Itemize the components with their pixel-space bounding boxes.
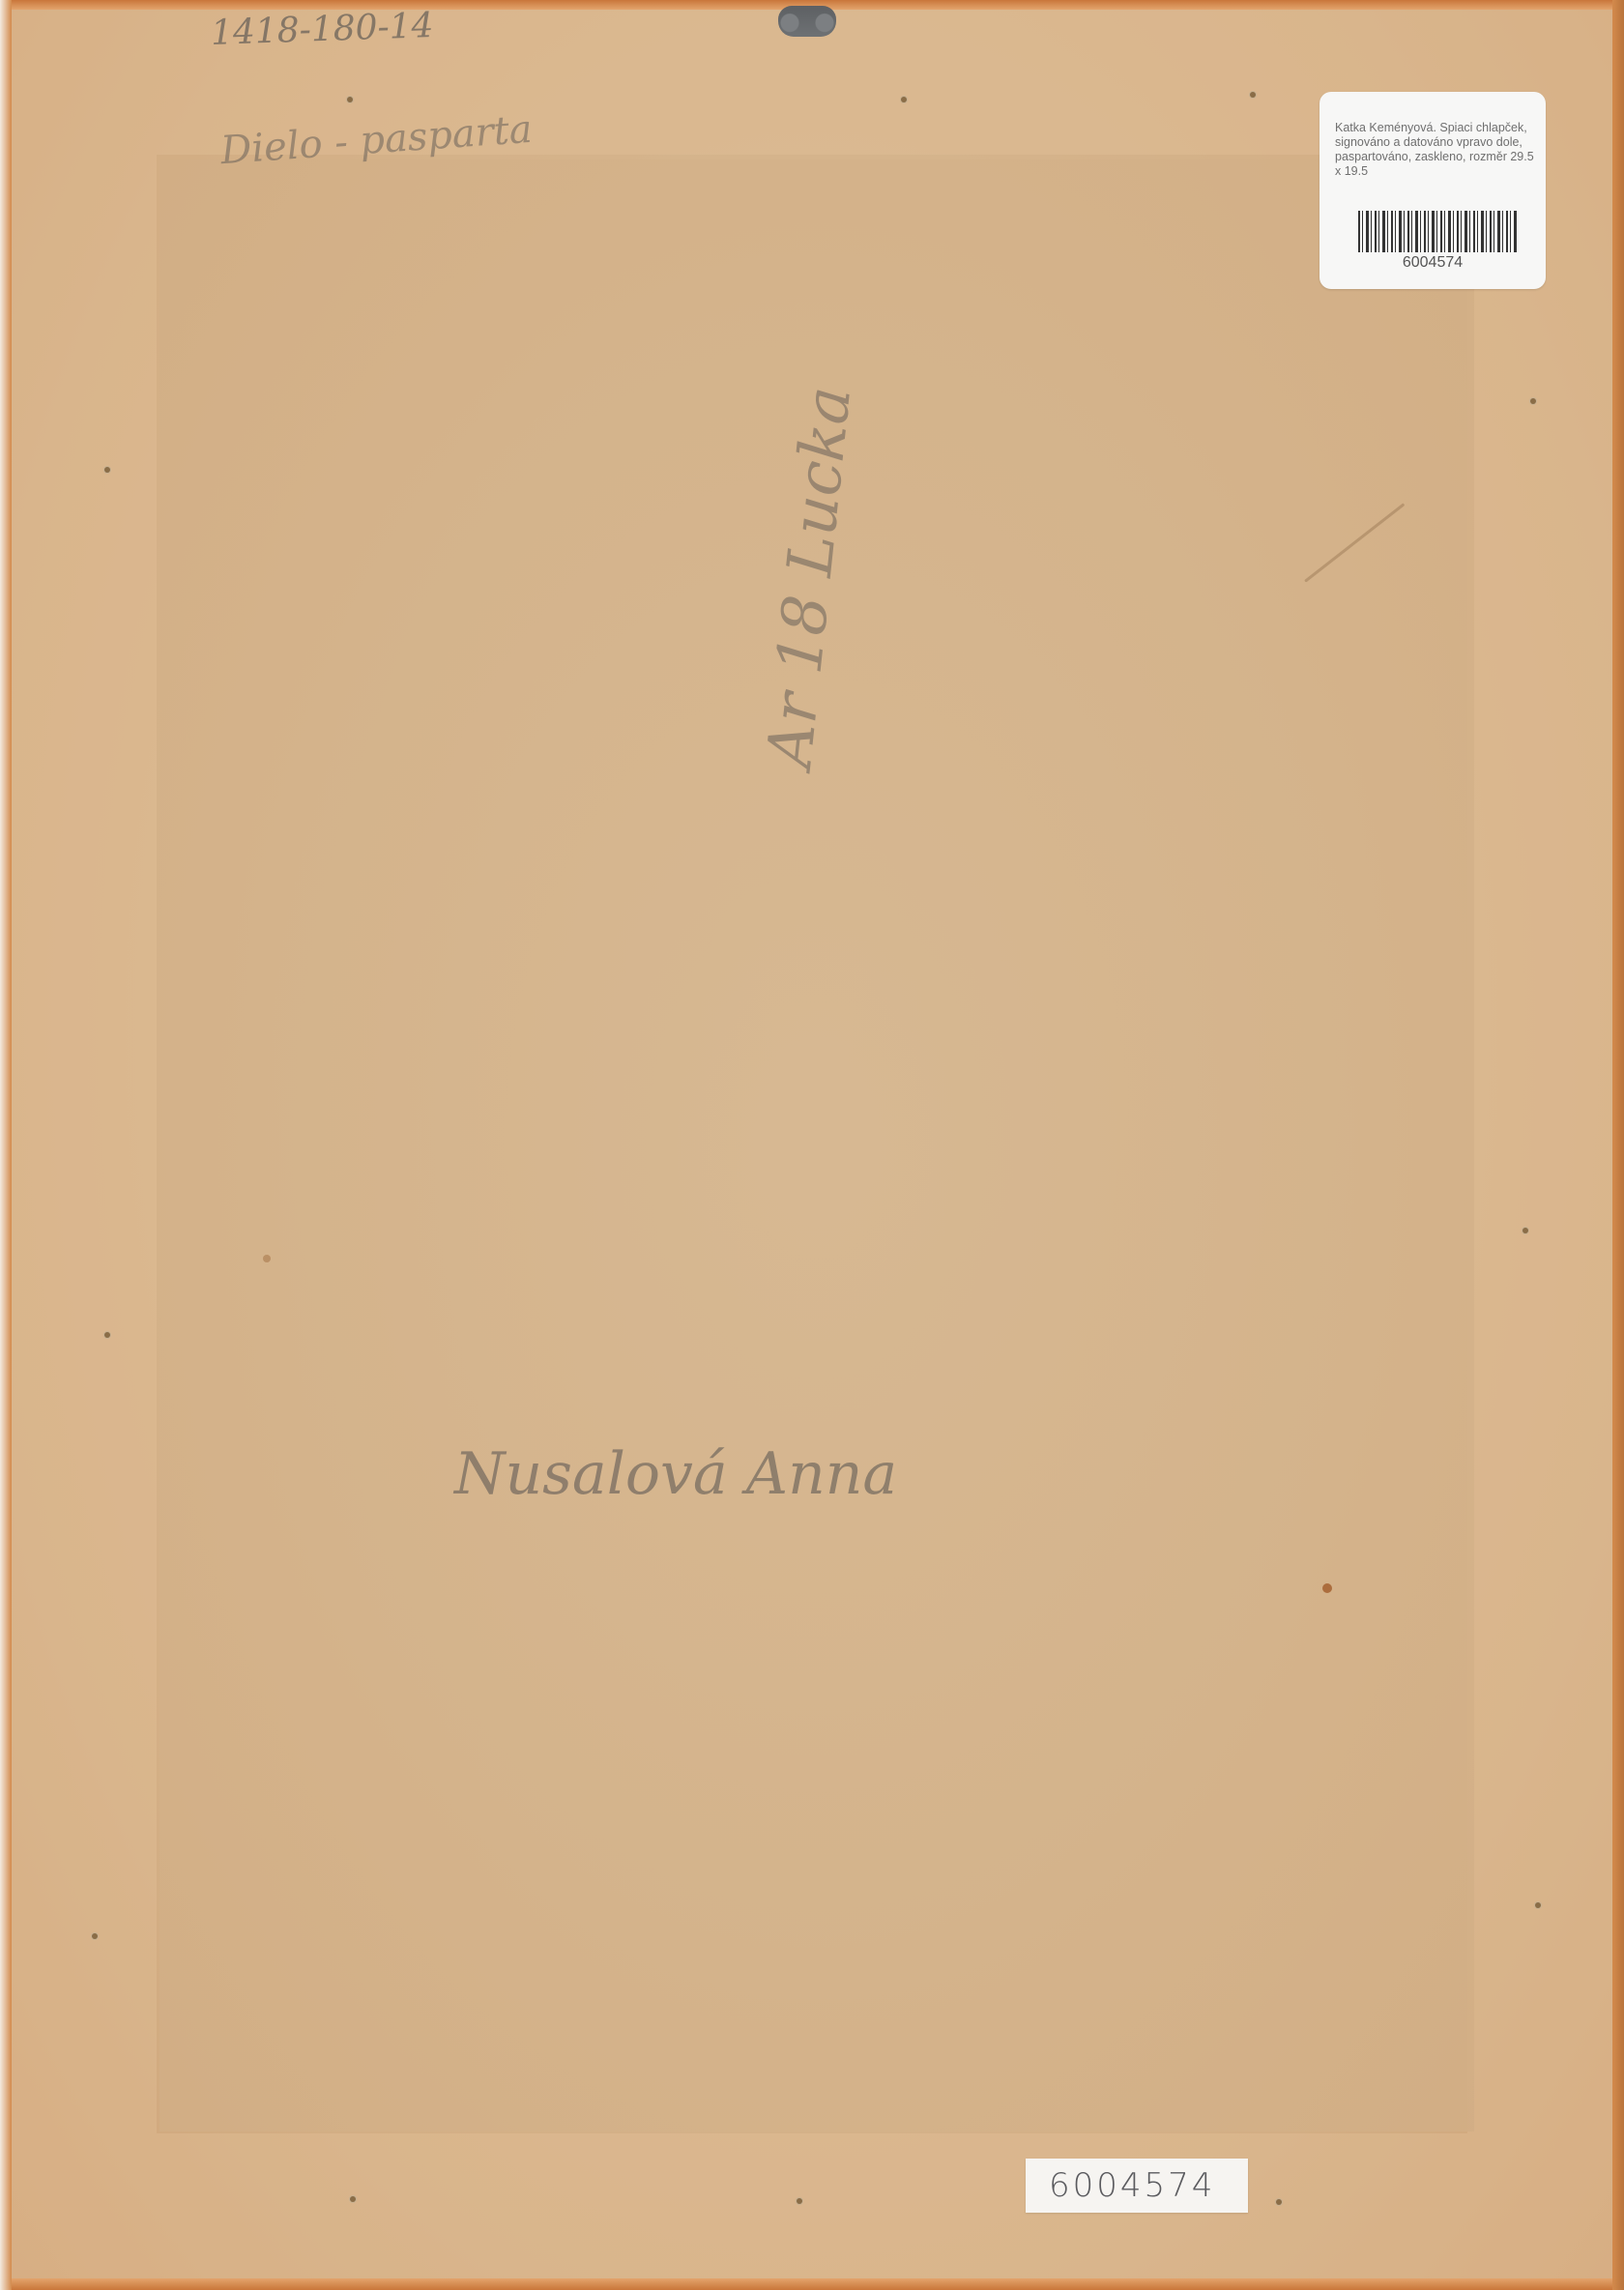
nail-icon: [1522, 1228, 1528, 1233]
catalog-label-description: Katka Keményová. Spiaci chlapček, signov…: [1335, 121, 1538, 179]
frame-right-edge: [1612, 0, 1624, 2290]
nail-icon: [350, 2196, 356, 2202]
nail-icon: [104, 1332, 110, 1338]
nail-icon: [1530, 398, 1536, 404]
nail-icon: [1276, 2199, 1282, 2205]
metal-hanger-icon: [778, 6, 836, 37]
catalog-label: Katka Keményová. Spiaci chlapček, signov…: [1319, 92, 1546, 289]
inventory-number: 6004574: [1049, 2166, 1215, 2205]
nail-icon: [901, 97, 907, 102]
frame-bottom-edge: [0, 2278, 1624, 2290]
nail-icon: [1535, 1902, 1541, 1908]
barcode-icon: [1358, 211, 1517, 252]
barcode-number: 6004574: [1319, 254, 1546, 272]
picture-frame: 1418-180-14 Dielo - pasparta Ar 18 Lucka…: [0, 0, 1624, 2290]
stain-mark: [1322, 1583, 1332, 1593]
nail-icon: [797, 2198, 802, 2204]
pencil-note-number: 1418-180-14: [210, 6, 434, 53]
frame-left-edge: [0, 0, 12, 2290]
nail-icon: [104, 467, 110, 473]
nail-icon: [92, 1933, 98, 1939]
nail-icon: [347, 97, 353, 102]
nail-icon: [1250, 92, 1256, 98]
stain-mark: [263, 1255, 271, 1262]
inventory-sticker: 6004574: [1026, 2159, 1248, 2213]
pencil-signature: Nusalová Anna: [454, 1440, 897, 1508]
